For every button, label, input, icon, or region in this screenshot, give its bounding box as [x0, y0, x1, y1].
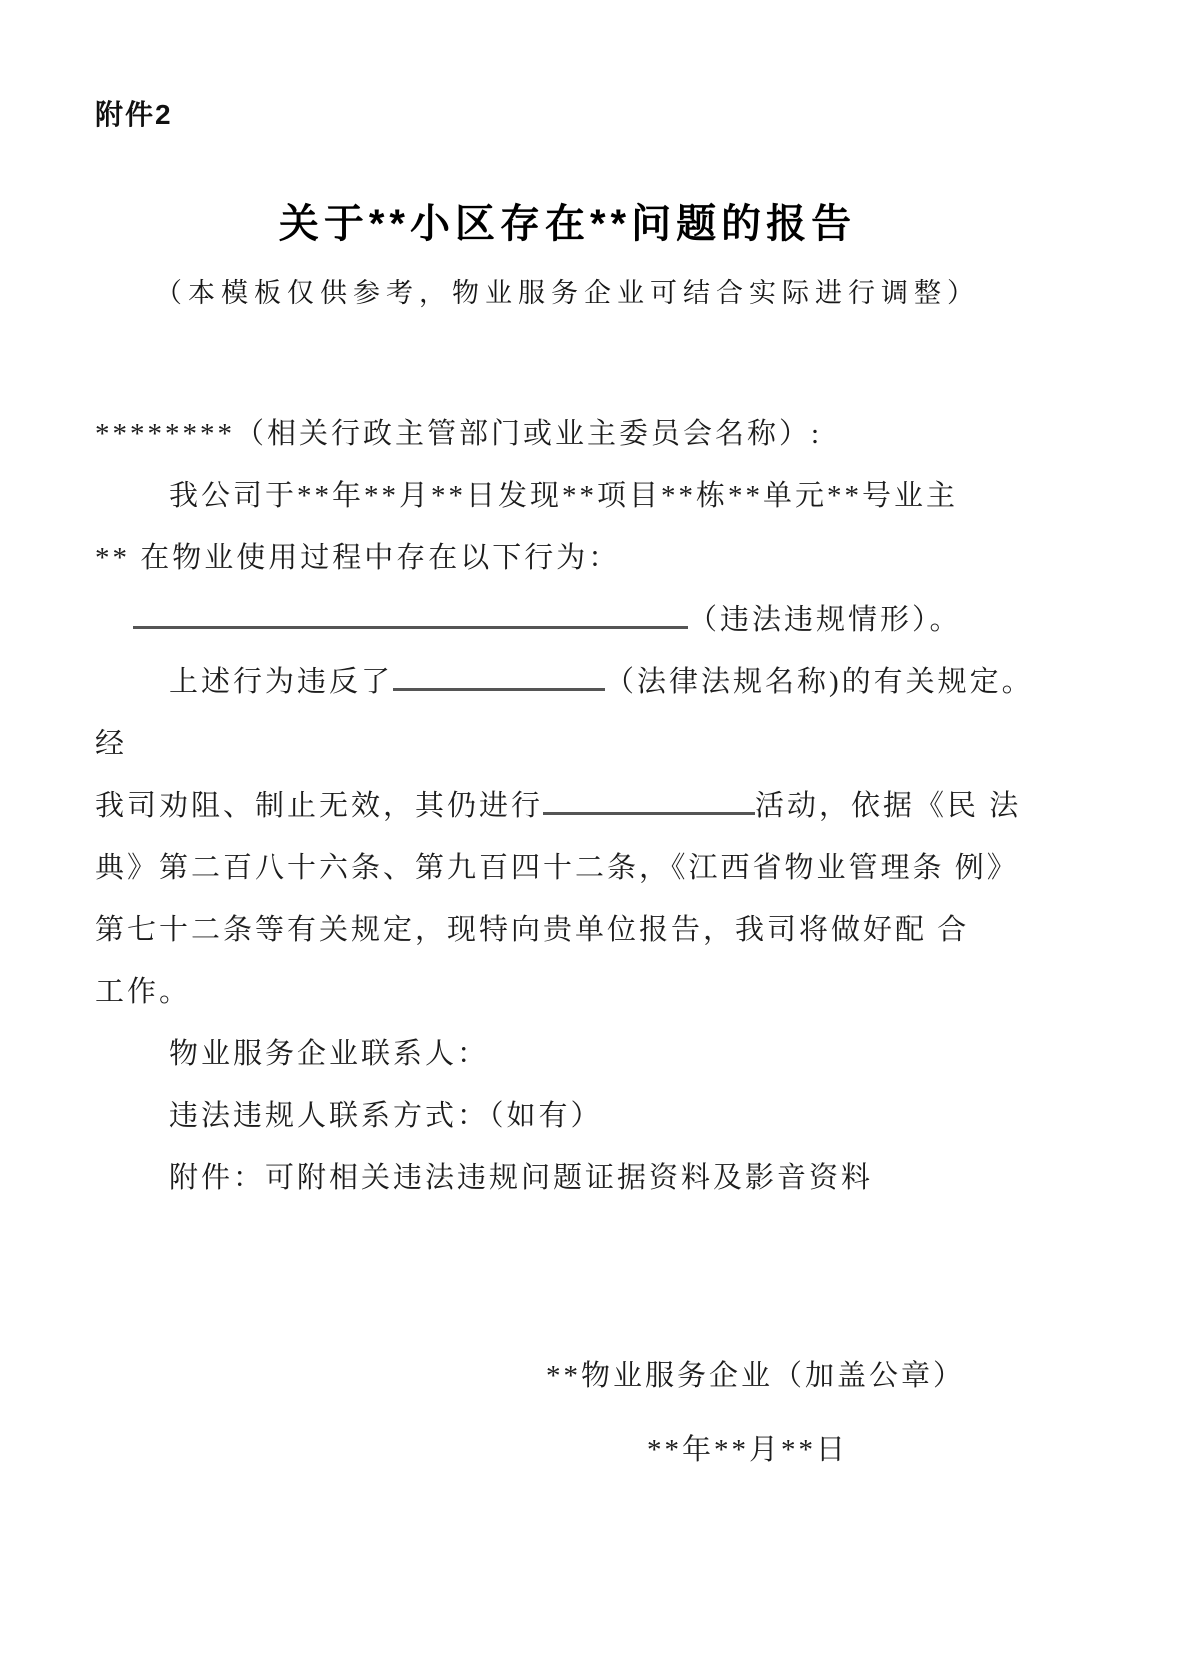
signature-company-line: **物业服务企业（加盖公章） — [95, 1345, 1040, 1407]
attachment-label: 附件2 — [95, 98, 1040, 132]
salutation-line: ********（相关行政主管部门或业主委员会名称）: — [95, 403, 1040, 465]
paragraph2-line3: 典》第二百八十六条、第九百四十二条，《江西省物业管理条 例》 — [95, 837, 1040, 899]
fill-in-blank-violation — [133, 597, 688, 629]
document-body: ********（相关行政主管部门或业主委员会名称）: 我公司于**年**月**… — [95, 403, 1040, 1209]
document-page: 附件2 关于**小区存在**问题的报告 （本模板仅供参考，物业服务企业可结合实际… — [0, 0, 1178, 1666]
blank-fill-line: （违法违规情形）。 — [95, 589, 1040, 651]
paragraph2-line5: 工作。 — [95, 961, 1040, 1023]
paragraph2-line4: 第七十二条等有关规定，现特向贵单位报告，我司将做好配 合 — [95, 899, 1040, 961]
fill-in-blank-activity — [543, 783, 755, 815]
blank-line-suffix: （违法违规情形）。 — [688, 604, 962, 636]
paragraph1-line1: 我公司于**年**月**日发现**项目**栋**单元**号业主 — [95, 465, 1040, 527]
paragraph2-line1: 上述行为违反了（法律法规名称)的有关规定。经 — [95, 651, 1040, 775]
contact-line-violator: 违法违规人联系方式：（如有） — [95, 1085, 1040, 1147]
signature-block: **物业服务企业（加盖公章） **年**月**日 — [95, 1345, 1040, 1481]
fill-in-blank-law-name — [393, 659, 605, 691]
paragraph2-line1-text-before: 上述行为违反了 — [169, 666, 393, 698]
paragraph2-line2: 我司劝阻、制止无效，其仍进行活动，依据《民 法 — [95, 775, 1040, 837]
paragraph1-line2: ** 在物业使用过程中存在以下行为： — [95, 527, 1040, 589]
contact-line-company: 物业服务企业联系人： — [95, 1023, 1040, 1085]
paragraph2-line2-text-before: 我司劝阻、制止无效，其仍进行 — [95, 790, 543, 822]
document-subtitle: （本模板仅供参考，物业服务企业可结合实际进行调整） — [95, 276, 1040, 311]
signature-date-line: **年**月**日 — [95, 1419, 1040, 1481]
document-title: 关于**小区存在**问题的报告 — [95, 200, 1040, 248]
attachment-note-line: 附件：可附相关违法违规问题证据资料及影音资料 — [95, 1147, 1040, 1209]
paragraph2-line2-text-after: 活动，依据《民 法 — [755, 790, 1021, 822]
